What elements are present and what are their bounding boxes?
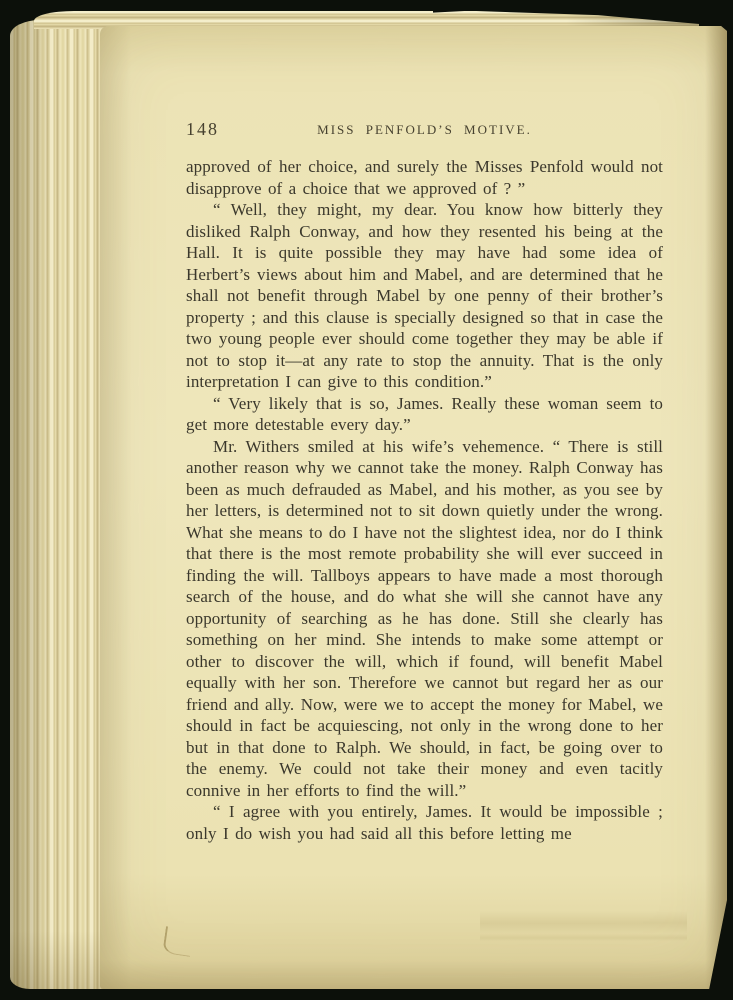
running-header-title: MISS PENFOLD’S MOTIVE. (317, 122, 532, 138)
printed-text-area: 148 MISS PENFOLD’S MOTIVE. approved of h… (186, 119, 663, 844)
page-number: 148 (186, 119, 219, 140)
running-head: 148 MISS PENFOLD’S MOTIVE. (186, 119, 663, 141)
body-paragraph: approved of her choice, and surely the M… (186, 156, 663, 199)
body-paragraph: “ I agree with you entirely, James. It w… (186, 801, 663, 844)
body-paragraph: “ Well, they might, my dear. You know ho… (186, 199, 663, 393)
scanned-book-photo: 148 MISS PENFOLD’S MOTIVE. approved of h… (0, 0, 733, 1000)
paper-smudge (480, 911, 687, 941)
body-paragraph: “ Very likely that is so, James. Really … (186, 393, 663, 436)
body-text: approved of her choice, and surely the M… (186, 156, 663, 844)
body-paragraph: Mr. Withers smiled at his wife’s vehemen… (186, 436, 663, 802)
